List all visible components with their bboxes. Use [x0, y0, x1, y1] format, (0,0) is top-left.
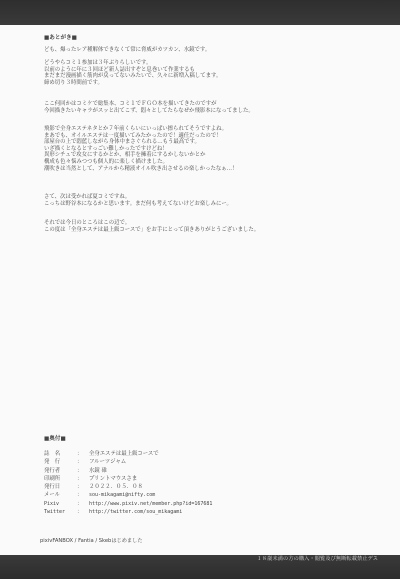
support-platforms-note: pixivFANBOX / Fantia / Skebはじめました	[40, 537, 142, 544]
colophon-row-author: 発行者 ： 水鏡 碓	[44, 467, 212, 475]
colophon-table: 誌 名 ： 全身エステは最上級コースで 発 行 ： フルーツジャム 発行者 ： …	[44, 450, 212, 516]
colophon-row-pixiv: Pixiv ： http://www.pixiv.net/member.php?…	[44, 500, 212, 508]
afterword-paragraph-6: それでは今日のところはこの辺で。 この度は「全身エステは最上級コースで」をお手に…	[44, 220, 259, 233]
email-link[interactable]: sou-mikagami@nifty.com	[89, 491, 155, 499]
twitter-link[interactable]: http://twitter.com/sou_mikagami	[89, 508, 182, 516]
afterword-title: ■あとがき■	[44, 33, 77, 41]
top-dark-bar	[0, 0, 400, 25]
colophon-row-printer: 印刷所 ： プリントマウスさま	[44, 475, 212, 483]
age-restriction-note: １８歳未満の方の購入・閲覧及び無断転載禁止デス	[257, 555, 378, 563]
afterword-paragraph-5: さて、次は受かれば夏コミですね。 こっちは野谷本になるかと思います。まだ何も考え…	[44, 194, 232, 207]
colophon-row-twitter: Twitter ： http://twitter.com/sou_mikagam…	[44, 508, 212, 516]
colophon-row-publisher: 発 行 ： フルーツジャム	[44, 458, 212, 466]
colophon-row-email: メール ： sou-mikagami@nifty.com	[44, 491, 212, 499]
colophon-row-date: 発行日 ： ２０２２．０５．０８	[44, 483, 212, 491]
colophon-row-title: 誌 名 ： 全身エステは最上級コースで	[44, 450, 212, 458]
afterword-paragraph-1: ども、爆ったレア種解体できなくて常に脅威がカツカン、水鏡です。	[44, 47, 210, 54]
colophon-title: ■奥付■	[44, 434, 66, 442]
afterword-paragraph-3: ここ何回かはコミケで総集本、コミ１でＦＧＯ本を描いてきたのですが 今回描きたいキ…	[44, 101, 254, 114]
pixiv-link[interactable]: http://www.pixiv.net/member.php?id=16768…	[89, 500, 212, 508]
afterword-paragraph-4: 飛影で全身エステネタとか７年前くらいにいっぱい擦られてそうですよね。 まあでも、…	[44, 126, 237, 172]
afterword-paragraph-2: どうやらコミ１参加は３年ぶりらしいです。 以前のように年に３回ほど新人誌出すぞと…	[44, 60, 221, 86]
